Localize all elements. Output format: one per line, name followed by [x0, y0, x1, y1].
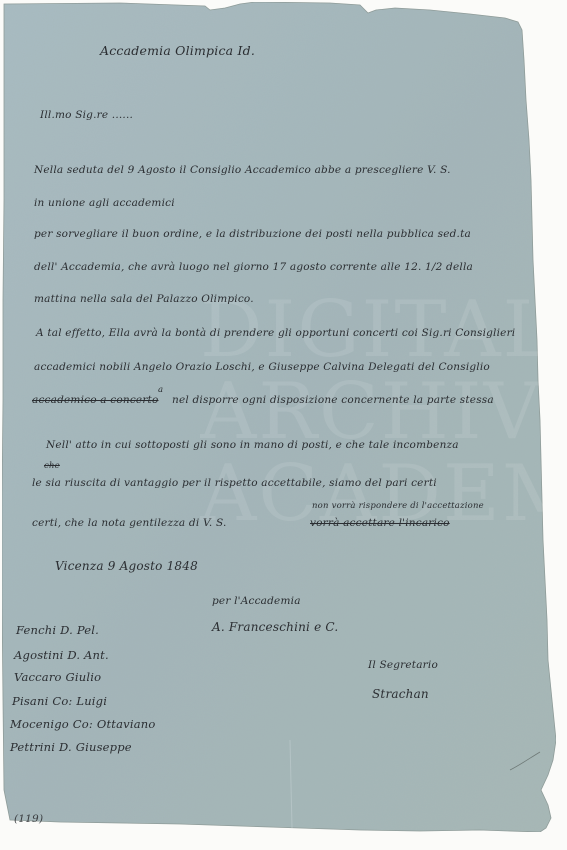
- recipient-6: Pettrini D. Giuseppe: [10, 742, 132, 754]
- archive-number: (119): [14, 814, 43, 825]
- closing-per: per l'Accademia: [212, 596, 301, 607]
- document-scan: DIGITAL ARCHIVE ACADEM Accademia Olimpic…: [0, 0, 567, 850]
- letter-header: Accademia Olimpica Id.: [100, 45, 255, 58]
- secretary-title: Il Segretario: [368, 660, 438, 671]
- paragraph-3-line-2: le sia riuscita di vantaggio per il risp…: [32, 478, 437, 489]
- struck-end: vorrà accettare l'incarico: [310, 518, 450, 529]
- interlinear-insertion: a: [158, 386, 163, 395]
- paragraph-2-line-3: nel disporre ogni disposizione concernen…: [172, 395, 494, 406]
- paragraph-3-line-1: Nell' atto in cui sottoposti gli sono in…: [46, 440, 459, 451]
- paragraph-1-line-3: per sorvegliare il buon ordine, e la dis…: [34, 229, 471, 240]
- recipient-2: Agostini D. Ant.: [14, 650, 109, 662]
- salutation: Ill.mo Sig.re ......: [40, 110, 133, 121]
- paragraph-1-line-1: Nella seduta del 9 Agosto il Consiglio A…: [34, 165, 451, 176]
- struck-interlinear: che: [44, 462, 60, 471]
- paragraph-2-line-2: accademici nobili Angelo Orazio Loschi, …: [34, 362, 490, 373]
- recipient-3: Vaccaro Giulio: [14, 672, 101, 684]
- secretary-signature: Strachan: [372, 688, 429, 700]
- recipient-4: Pisani Co: Luigi: [12, 696, 107, 708]
- recipient-5: Mocenigo Co: Ottaviano: [10, 719, 156, 731]
- interlinear-above: non vorrà rispondere di l'accettazione: [312, 502, 484, 511]
- paragraph-1-line-5: mattina nella sala del Palazzo Olimpico.: [34, 294, 254, 305]
- paragraph-1-line-4: dell' Accademia, che avrà luogo nel gior…: [34, 262, 473, 273]
- signatory: A. Franceschini e C.: [212, 621, 338, 633]
- recipient-1: Fenchi D. Pel.: [16, 625, 99, 637]
- dateline: Vicenza 9 Agosto 1848: [55, 560, 198, 572]
- paragraph-1-line-2: in unione agli accademici: [34, 198, 175, 209]
- paragraph-2-line-1: A tal effetto, Ella avrà la bontà di pre…: [36, 328, 515, 339]
- paragraph-3-line-3: certi, che la nota gentilezza di V. S.: [32, 518, 227, 529]
- struck-text: accademico a concerto: [32, 395, 159, 406]
